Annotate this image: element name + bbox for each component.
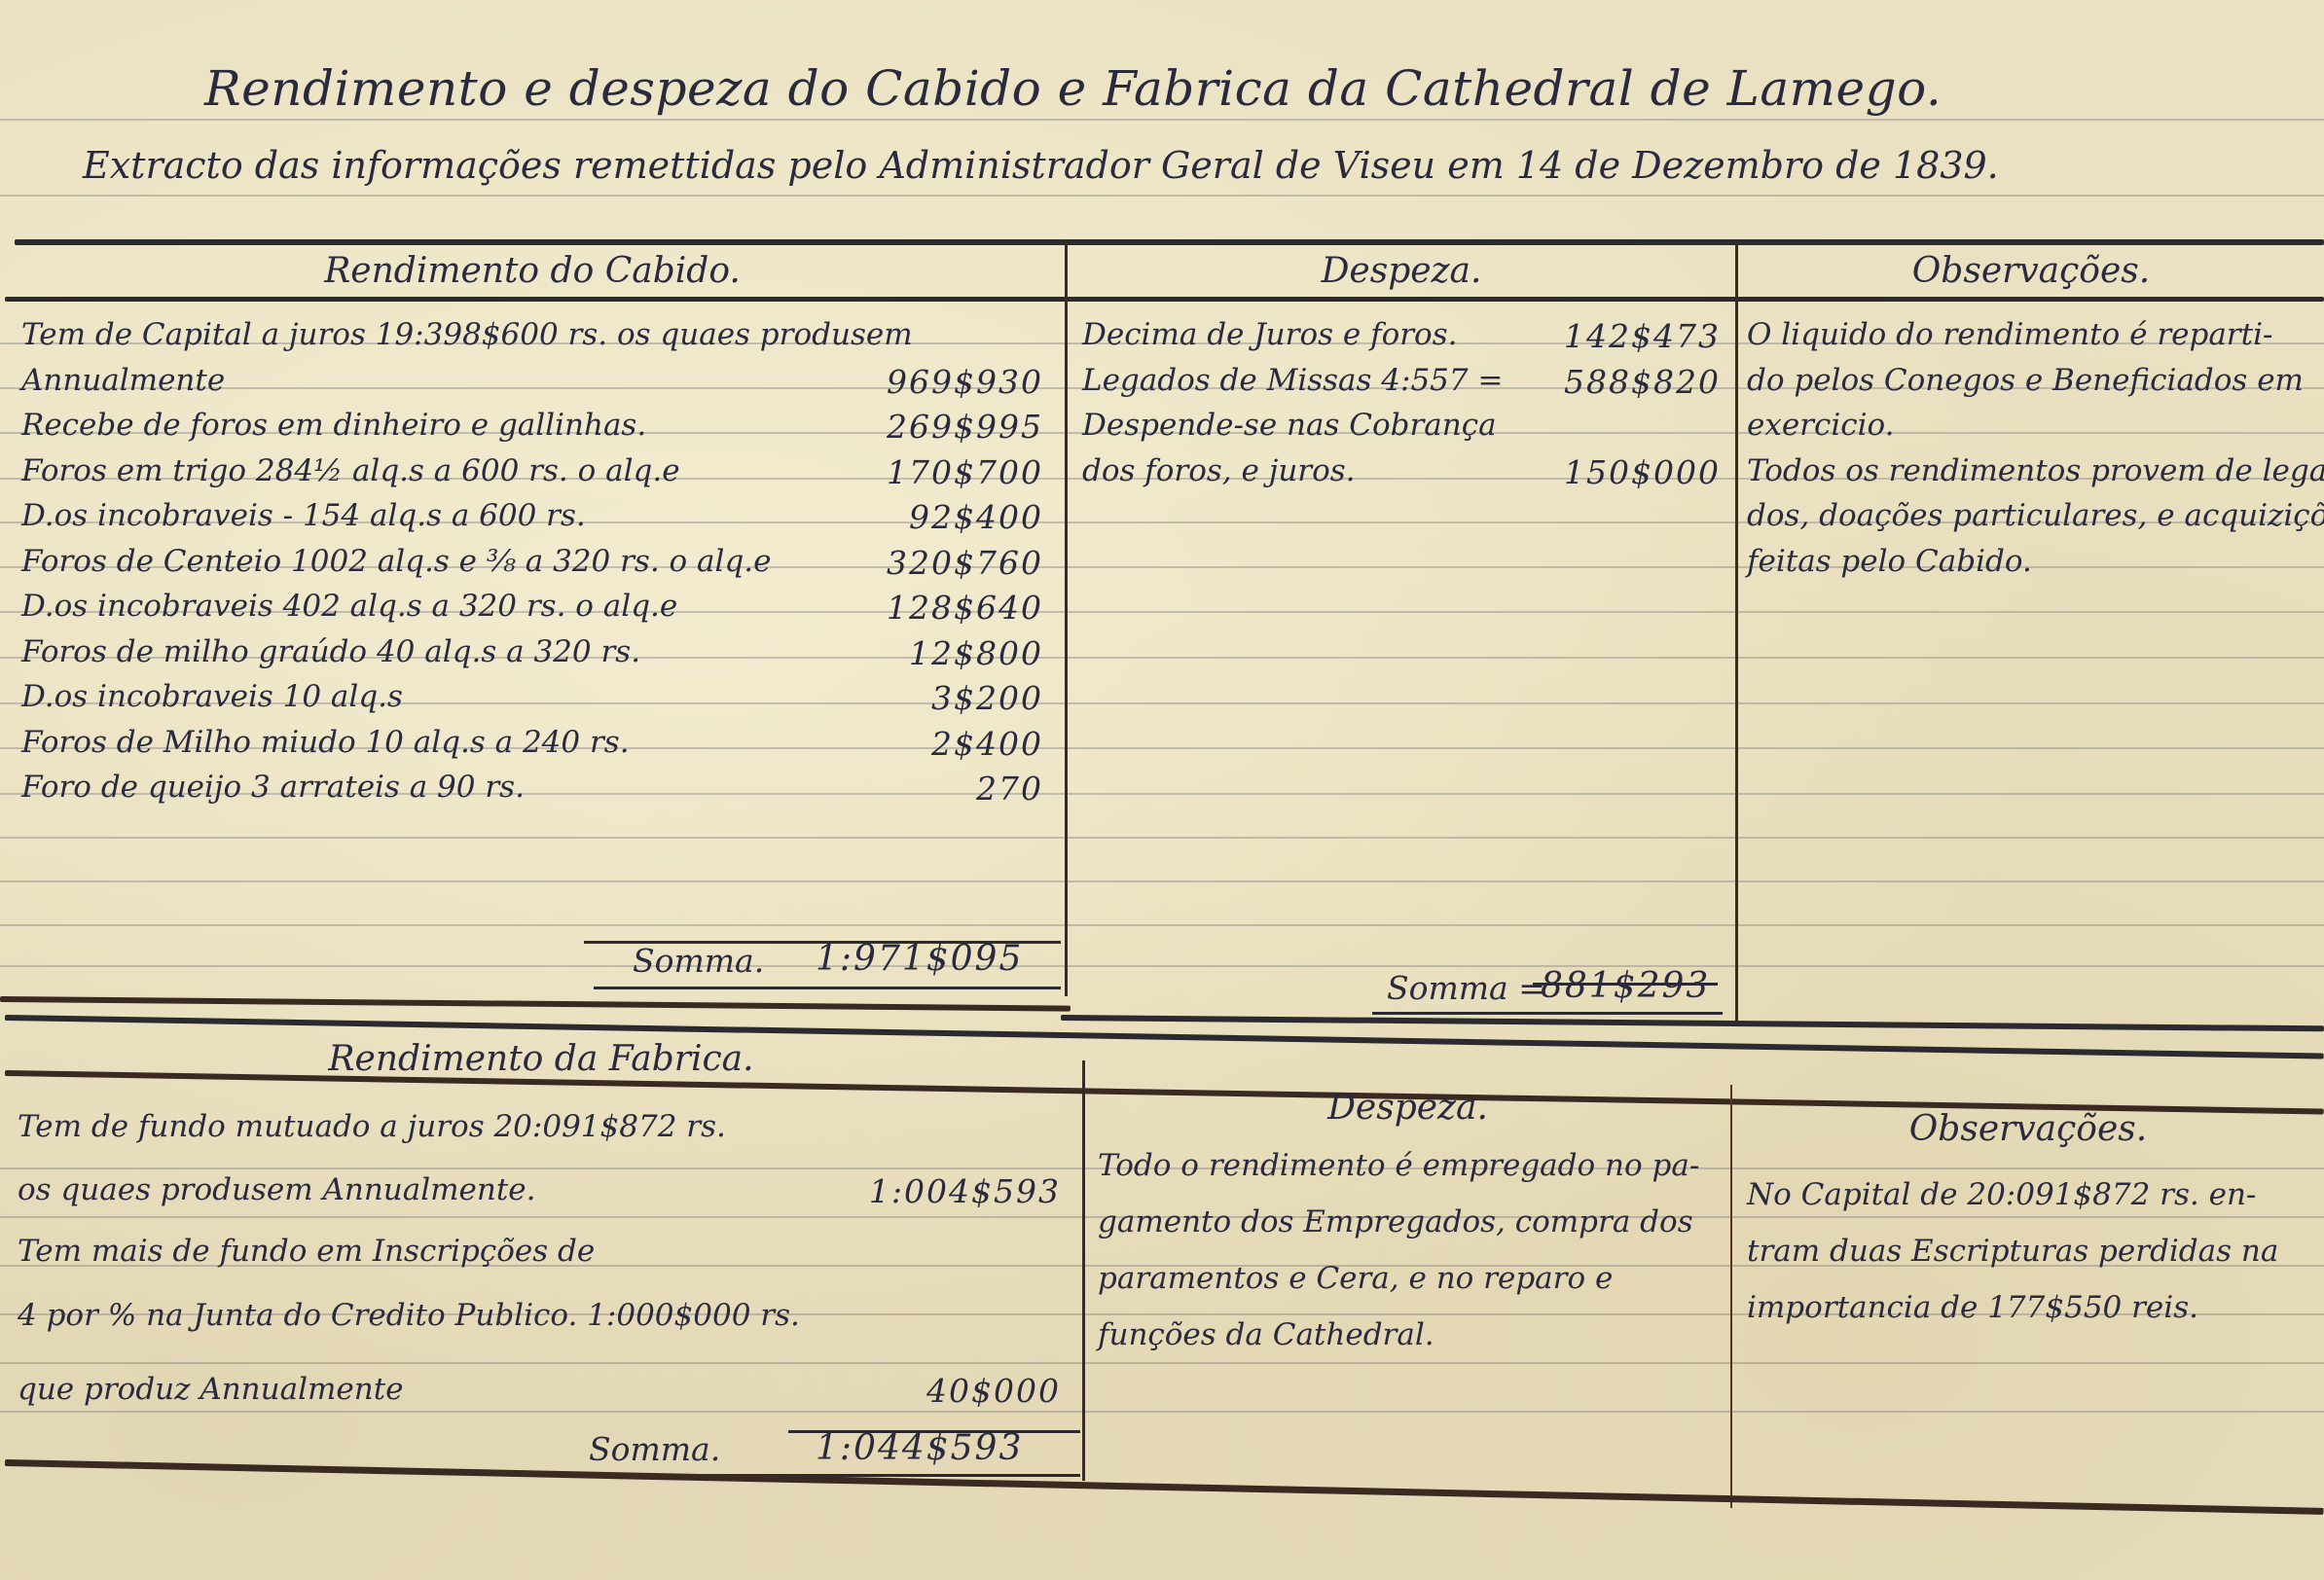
cabido-notes-header: Observações.: [1738, 251, 2324, 291]
income-line-amount: 320$760: [887, 544, 1043, 582]
income-line-text: Tem de Capital a juros 19:398$600 rs. os…: [21, 317, 913, 352]
ruled-line: [0, 880, 2324, 882]
income-line-text: os quaes produsem Annualmente.: [18, 1172, 536, 1207]
ruled-line: [0, 837, 2324, 839]
ruled-line: [0, 1362, 2324, 1364]
note-line: No Capital de 20:091$872 rs. en-: [1747, 1177, 2256, 1212]
document-subtitle: Extracto das informações remettidas pelo…: [83, 144, 1999, 187]
note-line: O liquido do rendimento é reparti-: [1747, 317, 2272, 352]
expense-line: gamento dos Empregados, compra dos: [1098, 1204, 1693, 1239]
income-line-text: Foros de Milho miudo 10 alq.s a 240 rs.: [21, 725, 630, 760]
expense-line-text: dos foros, e juros.: [1082, 453, 1356, 488]
expense-line: paramentos e Cera, e no reparo e: [1098, 1261, 1613, 1296]
expense-line-amount: 142$473: [1564, 317, 1721, 355]
section-bottom-rule: [0, 996, 1071, 1012]
ruled-line: [0, 965, 2324, 967]
income-line-amount: 40$000: [926, 1372, 1061, 1410]
cabido-expense-header: Despeza.: [1068, 251, 1735, 291]
note-line: importancia de 177$550 reis.: [1747, 1290, 2198, 1325]
income-line-text: Annualmente: [21, 363, 225, 398]
income-line-text: que produz Annualmente: [18, 1372, 404, 1407]
income-line-amount: 92$400: [909, 498, 1043, 536]
income-line-amount: 128$640: [887, 589, 1043, 627]
note-line: Todos os rendimentos provem de lega-: [1747, 453, 2324, 488]
expense-line-text: Legados de Missas 4:557 =: [1082, 363, 1503, 398]
income-line-text: Tem mais de fundo em Inscripções de: [18, 1234, 595, 1269]
expense-line-text: Despende-se nas Cobrança: [1082, 408, 1497, 443]
section-bottom-rule: [5, 1459, 2324, 1515]
fabrica-income-sum: 1:044$593: [816, 1428, 1023, 1468]
ruled-line: [0, 1411, 2324, 1413]
cabido-expense-sum-label: Somma =: [1387, 969, 1545, 1007]
income-line-amount: 170$700: [887, 453, 1043, 491]
document-title: Rendimento e despeza do Cabido e Fabrica…: [204, 60, 1942, 117]
expense-line-amount: 150$000: [1564, 453, 1721, 491]
income-line-text: 4 por % na Junta do Credito Publico. 1:0…: [18, 1298, 800, 1333]
expense-line: Todo o rendimento é empregado no pa-: [1098, 1148, 1699, 1183]
column-divider: [1065, 239, 1068, 996]
cabido-income-header: Rendimento do Cabido.: [0, 251, 1065, 291]
income-line-amount: 269$995: [887, 408, 1043, 446]
note-line: exercicio.: [1747, 408, 1895, 443]
income-line-amount: 3$200: [931, 679, 1043, 717]
cabido-income-sum: 1:971$095: [816, 939, 1023, 979]
fabrica-expense-header: Despeza.: [1085, 1088, 1730, 1128]
income-line-text: Foros de Centeio 1002 alq.s e ⅜ a 320 rs…: [21, 544, 772, 579]
ruled-line: [0, 119, 2324, 121]
income-line-text: Recebe de foros em dinheiro e gallinhas.: [21, 408, 646, 443]
income-line-amount: 12$800: [909, 634, 1043, 672]
column-divider: [1735, 239, 1738, 1025]
income-line-amount: 270: [976, 770, 1043, 808]
note-line: feitas pelo Cabido.: [1747, 544, 2032, 579]
cabido-income-sum-label: Somma.: [633, 942, 764, 980]
expense-line-amount: 588$820: [1564, 363, 1721, 401]
income-line-text: Tem de fundo mutuado a juros 20:091$872 …: [18, 1109, 726, 1144]
income-line-text: Foros em trigo 284½ alq.s a 600 rs. o al…: [21, 453, 680, 488]
ruled-line: [0, 924, 2324, 926]
income-line-text: Foros de milho graúdo 40 alq.s a 320 rs.: [21, 634, 640, 669]
note-line: tram duas Escripturas perdidas na: [1747, 1234, 2278, 1269]
fabrica-income-header: Rendimento da Fabrica.: [0, 1039, 1082, 1079]
note-line: do pelos Conegos e Beneficiados em: [1747, 363, 2304, 398]
income-line-amount: 1:004$593: [869, 1172, 1061, 1210]
ledger-page: Rendimento e despeza do Cabido e Fabrica…: [0, 0, 2324, 1580]
income-line-text: D.os incobraveis 10 alq.s: [21, 679, 403, 714]
fabrica-notes-header: Observações.: [1732, 1109, 2324, 1149]
section-top-rule: [15, 239, 2324, 245]
cabido-expense-sum: 881$293: [1541, 966, 1710, 1006]
header-bottom-rule: [5, 297, 2324, 302]
sum-underline: [594, 987, 1061, 989]
sum-underline: [1372, 1012, 1723, 1015]
note-line: dos, doações particulares, e acquizições: [1747, 498, 2324, 533]
income-line-text: D.os incobraveis 402 alq.s a 320 rs. o a…: [21, 589, 677, 624]
expense-line-text: Decima de Juros e foros.: [1082, 317, 1457, 352]
income-line-amount: 969$930: [887, 363, 1043, 401]
income-line-text: Foro de queijo 3 arrateis a 90 rs.: [21, 770, 525, 805]
section-bottom-rule: [1061, 1015, 2324, 1031]
income-line-amount: 2$400: [931, 725, 1043, 763]
expense-line: funções da Cathedral.: [1098, 1317, 1434, 1352]
fabrica-income-sum-label: Somma.: [589, 1430, 720, 1468]
ruled-line: [0, 195, 2324, 197]
income-line-text: D.os incobraveis - 154 alq.s a 600 rs.: [21, 498, 586, 533]
